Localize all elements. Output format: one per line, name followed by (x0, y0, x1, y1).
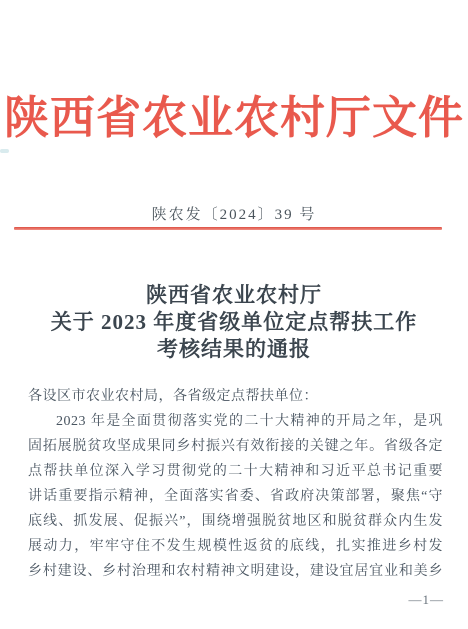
paragraph-line: 展动力，牢牢守住不发生规模性返贫的底线，扎实推进乡村发展、 (28, 534, 443, 559)
paragraph-line: 点帮扶单位深入学习贯彻党的二十大精神和习近平总书记重要 (28, 459, 443, 484)
document-reference-number: 陕农发〔2024〕39 号 (0, 203, 468, 224)
letterhead-banner: 陕西省农业农村厅文件 (0, 86, 468, 150)
document-title-line-3: 考核结果的通报 (0, 336, 468, 363)
red-separator-line (14, 227, 442, 230)
paragraph-line: 2023 年是全面贯彻落实党的二十大精神的开局之年，是巩 (28, 409, 443, 434)
document-body: 各设区市农业农村局，各省级定点帮扶单位： 2023 年是全面贯彻落实党的二十大精… (28, 384, 443, 584)
salutation-line: 各设区市农业农村局，各省级定点帮扶单位： (28, 384, 443, 409)
document-title-line-2: 关于 2023 年度省级单位定点帮扶工作 (0, 309, 468, 336)
paragraph-line: 固拓展脱贫攻坚成果同乡村振兴有效衔接的关键之年。省级各定 (28, 434, 443, 459)
paragraph-line: 讲话重要指示精神，全面落实省委、省政府决策部署，聚焦“守 (28, 484, 443, 509)
document-title-line-1: 陕西省农业农村厅 (0, 282, 468, 309)
paragraph-line: 底线、抓发展、促振兴”，围绕增强脱贫地区和脱贫群众内生发 (28, 509, 443, 534)
paragraph-line: 乡村建设、乡村治理和农村精神文明建设，建设宜居宜业和美乡 (28, 559, 443, 584)
document-title: 陕西省农业农村厅 关于 2023 年度省级单位定点帮扶工作 考核结果的通报 (0, 282, 468, 363)
page-number: —1— (409, 592, 445, 608)
document-page: 陕西省农业农村厅文件 陕农发〔2024〕39 号 陕西省农业农村厅 关于 202… (0, 0, 468, 629)
